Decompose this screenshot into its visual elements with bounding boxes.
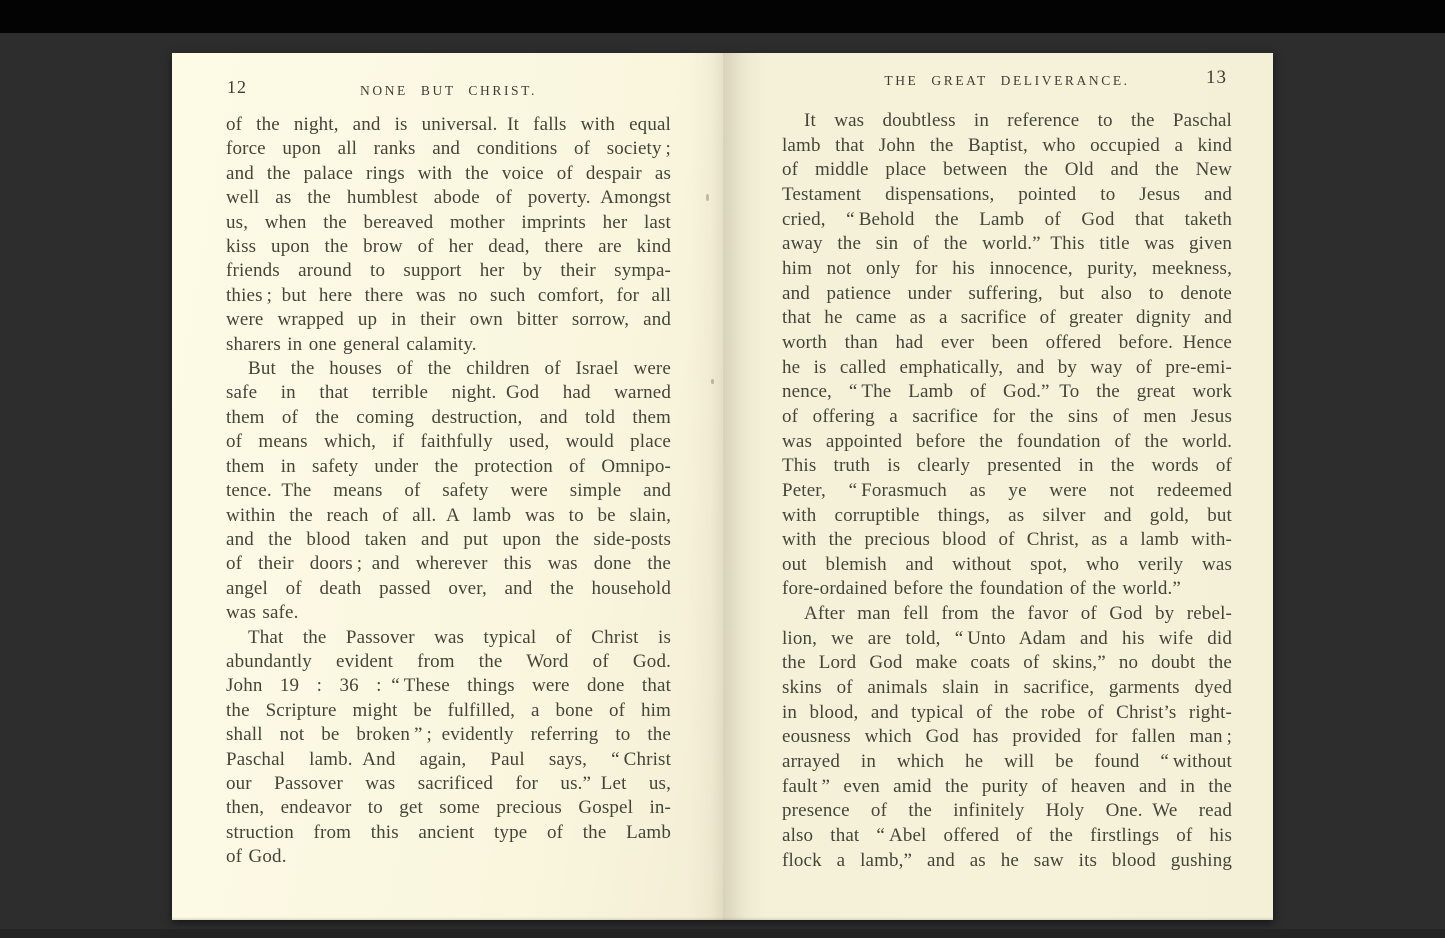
- text-line: of the night, and is universal. It falls…: [226, 113, 671, 137]
- text-line: thies ; but here there was no such comfo…: [226, 284, 671, 308]
- text-line: skins of animals slain in sacrifice, gar…: [782, 676, 1232, 701]
- text-line: and the blood taken and put upon the sid…: [226, 528, 671, 552]
- text-line: within the reach of all. A lamb was to b…: [226, 504, 671, 528]
- text-line: abundantly evident from the Word of God.: [226, 650, 671, 674]
- text-line: It was doubtless in reference to the Pas…: [782, 109, 1232, 134]
- text-line: of means which, if faithfully used, woul…: [226, 430, 671, 454]
- text-line: him not only for his innocence, purity, …: [782, 257, 1232, 282]
- text-line: in blood, and typical of the robe of Chr…: [782, 701, 1232, 726]
- text-line: away the sin of the world.” This title w…: [782, 232, 1232, 257]
- right-page: 13 THE GREAT DELIVERANCE. It was doubtle…: [723, 53, 1273, 920]
- page-spread: 12 NONE BUT CHRIST. of the night, and is…: [172, 53, 1273, 920]
- text-line: kiss upon the brow of her dead, there ar…: [226, 235, 671, 259]
- text-line: sharers in one general calamity.: [226, 333, 671, 357]
- text-line: that he came as a sacrifice of greater d…: [782, 306, 1232, 331]
- scan-top-black-bar: [0, 0, 1445, 33]
- text-line: were wrapped up in their own bitter sorr…: [226, 308, 671, 332]
- text-line: out blemish and without spot, who verily…: [782, 553, 1232, 578]
- scan-bottom-strip: [0, 929, 1445, 938]
- text-line: of middle place between the Old and the …: [782, 158, 1232, 183]
- text-line: the Scripture might be fulfilled, a bone…: [226, 699, 671, 723]
- text-line: lion, we are told, “ Unto Adam and his w…: [782, 627, 1232, 652]
- text-line: John 19 : 36 : “ These things were done …: [226, 674, 671, 698]
- text-line: was safe.: [226, 601, 671, 625]
- text-line: cried, “ Behold the Lamb of God that tak…: [782, 208, 1232, 233]
- right-page-text: It was doubtless in reference to the Pas…: [782, 109, 1232, 873]
- text-line: But the houses of the children of Israel…: [226, 357, 671, 381]
- text-line: After man fell from the favor of God by …: [782, 602, 1232, 627]
- text-line: then, endeavor to get some precious Gosp…: [226, 796, 671, 820]
- text-line: nence, “ The Lamb of God.” To the great …: [782, 380, 1232, 405]
- text-line: our Passover was sacrificed for us.” Let…: [226, 772, 671, 796]
- text-line: Testament dispensations, pointed to Jesu…: [782, 183, 1232, 208]
- text-line: fore-ordained before the foundation of t…: [782, 577, 1232, 602]
- text-line: worth than had ever been offered before.…: [782, 331, 1232, 356]
- text-line: force upon all ranks and conditions of s…: [226, 137, 671, 161]
- text-line: he is called emphatically, and by way of…: [782, 356, 1232, 381]
- text-line: of their doors ; and wherever this was d…: [226, 552, 671, 576]
- left-page-text: of the night, and is universal. It falls…: [226, 113, 671, 870]
- text-line: and patience under suffering, but also t…: [782, 282, 1232, 307]
- text-line: Peter, “ Forasmuch as ye were not redeem…: [782, 479, 1232, 504]
- text-line: Paschal lamb. And again, Paul says, “ Ch…: [226, 748, 671, 772]
- text-line: them in safety under the protection of O…: [226, 455, 671, 479]
- text-line: of offering a sacrifice for the sins of …: [782, 405, 1232, 430]
- text-line: well as the humblest abode of poverty. A…: [226, 186, 671, 210]
- text-line: That the Passover was typical of Christ …: [226, 626, 671, 650]
- scan-speck: [706, 194, 709, 201]
- text-line: arrayed in which he will be found “ with…: [782, 750, 1232, 775]
- text-line: This truth is clearly presented in the w…: [782, 454, 1232, 479]
- text-line: flock a lamb,” and as he saw its blood g…: [782, 849, 1232, 874]
- text-line: struction from this ancient type of the …: [226, 821, 671, 845]
- text-line: angel of death passed over, and the hous…: [226, 577, 671, 601]
- text-line: the Lord God make coats of skins,” no do…: [782, 651, 1232, 676]
- text-line: friends around to support her by their s…: [226, 259, 671, 283]
- text-line: eousness which God has provided for fall…: [782, 725, 1232, 750]
- text-line: of God.: [226, 845, 671, 869]
- running-header-right: THE GREAT DELIVERANCE.: [782, 73, 1232, 89]
- text-line: also that “ Abel offered of the firstlin…: [782, 824, 1232, 849]
- text-line: safe in that terrible night. God had war…: [226, 381, 671, 405]
- running-header-left: NONE BUT CHRIST.: [226, 83, 671, 99]
- text-line: and the palace rings with the voice of d…: [226, 162, 671, 186]
- text-line: shall not be broken ” ; evidently referr…: [226, 723, 671, 747]
- text-line: us, when the bereaved mother imprints he…: [226, 211, 671, 235]
- text-line: with the precious blood of Christ, as a …: [782, 528, 1232, 553]
- text-line: fault ” even amid the purity of heaven a…: [782, 775, 1232, 800]
- text-line: lamb that John the Baptist, who occupied…: [782, 134, 1232, 159]
- text-line: them of the coming destruction, and told…: [226, 406, 671, 430]
- text-line: with corruptible things, as silver and g…: [782, 504, 1232, 529]
- text-line: was appointed before the foundation of t…: [782, 430, 1232, 455]
- text-line: tence. The means of safety were simple a…: [226, 479, 671, 503]
- book-scan: 12 NONE BUT CHRIST. of the night, and is…: [0, 0, 1445, 938]
- scan-speck: [711, 379, 714, 384]
- left-page: 12 NONE BUT CHRIST. of the night, and is…: [172, 53, 723, 920]
- text-line: presence of the infinitely Holy One. We …: [782, 799, 1232, 824]
